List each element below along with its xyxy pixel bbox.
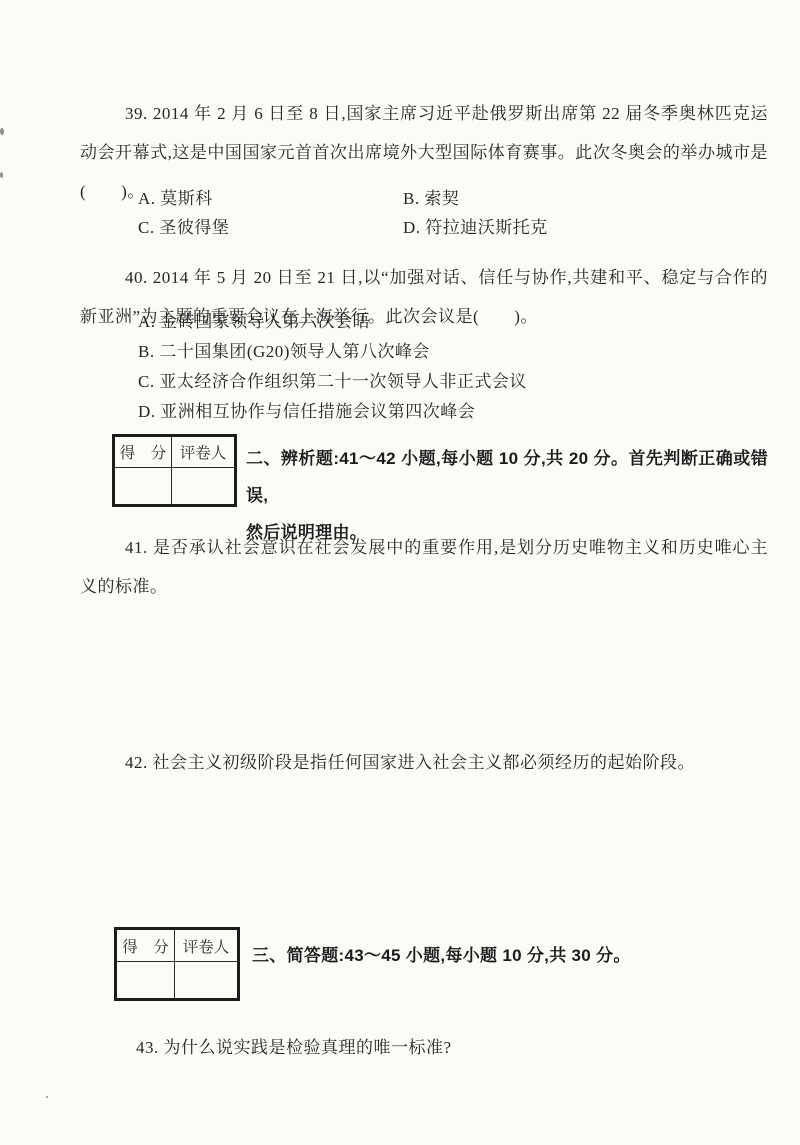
grader-input-cell xyxy=(175,962,237,998)
grader-label: 评卷人 xyxy=(172,437,234,468)
section-2-line-1: 二、辨析题:41～42 小题,每小题 10 分,共 20 分。首先判断正确或错误… xyxy=(246,440,768,514)
scanned-exam-page: 39. 2014 年 2 月 6 日至 8 日,国家主席习近平赴俄罗斯出席第 2… xyxy=(0,0,800,1145)
score-input-cell xyxy=(117,962,175,998)
question-40-options: A. 金砖国家领导人第六次会晤 B. 二十国集团(G20)领导人第八次峰会 C.… xyxy=(138,307,527,427)
option-40-b: B. 二十国集团(G20)领导人第八次峰会 xyxy=(138,337,527,367)
scan-artifact xyxy=(46,1096,48,1098)
option-40-a: A. 金砖国家领导人第六次会晤 xyxy=(138,307,527,337)
grader-input-cell xyxy=(172,468,234,504)
option-40-d: D. 亚洲相互协作与信任措施会议第四次峰会 xyxy=(138,397,527,427)
question-43-text: 43. 为什么说实践是检验真理的唯一标准? xyxy=(80,1028,768,1067)
question-42-text: 42. 社会主义初级阶段是指任何国家进入社会主义都必须经历的起始阶段。 xyxy=(80,743,768,782)
score-input-cell xyxy=(115,468,172,504)
question-39-options: A. 莫斯科 B. 索契 C. 圣彼得堡 D. 符拉迪沃斯托克 xyxy=(138,184,738,242)
option-39-c: C. 圣彼得堡 xyxy=(138,213,403,242)
score-label: 得 分 xyxy=(117,930,175,962)
score-box-section3: 得 分 评卷人 xyxy=(114,927,240,1001)
section-3-header: 三、简答题:43～45 小题,每小题 10 分,共 30 分。 xyxy=(252,941,772,971)
scan-artifact xyxy=(0,172,3,178)
grader-label: 评卷人 xyxy=(175,930,237,962)
option-39-b: B. 索契 xyxy=(403,184,738,213)
option-40-c: C. 亚太经济合作组织第二十一次领导人非正式会议 xyxy=(138,367,527,397)
option-39-a: A. 莫斯科 xyxy=(138,184,403,213)
scan-artifact xyxy=(0,128,4,135)
score-label: 得 分 xyxy=(115,437,172,468)
score-box-section2: 得 分 评卷人 xyxy=(112,434,237,507)
option-39-d: D. 符拉迪沃斯托克 xyxy=(403,213,738,242)
question-41-text: 41. 是否承认社会意识在社会发展中的重要作用,是划分历史唯物主义和历史唯心主义… xyxy=(80,528,768,606)
